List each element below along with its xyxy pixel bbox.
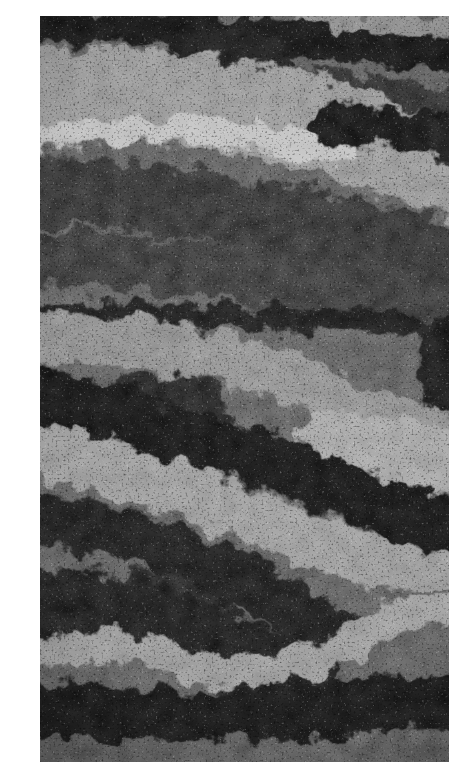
rug-canvas <box>40 16 449 762</box>
rug-photo <box>40 16 449 762</box>
photo-vignette <box>40 16 449 762</box>
